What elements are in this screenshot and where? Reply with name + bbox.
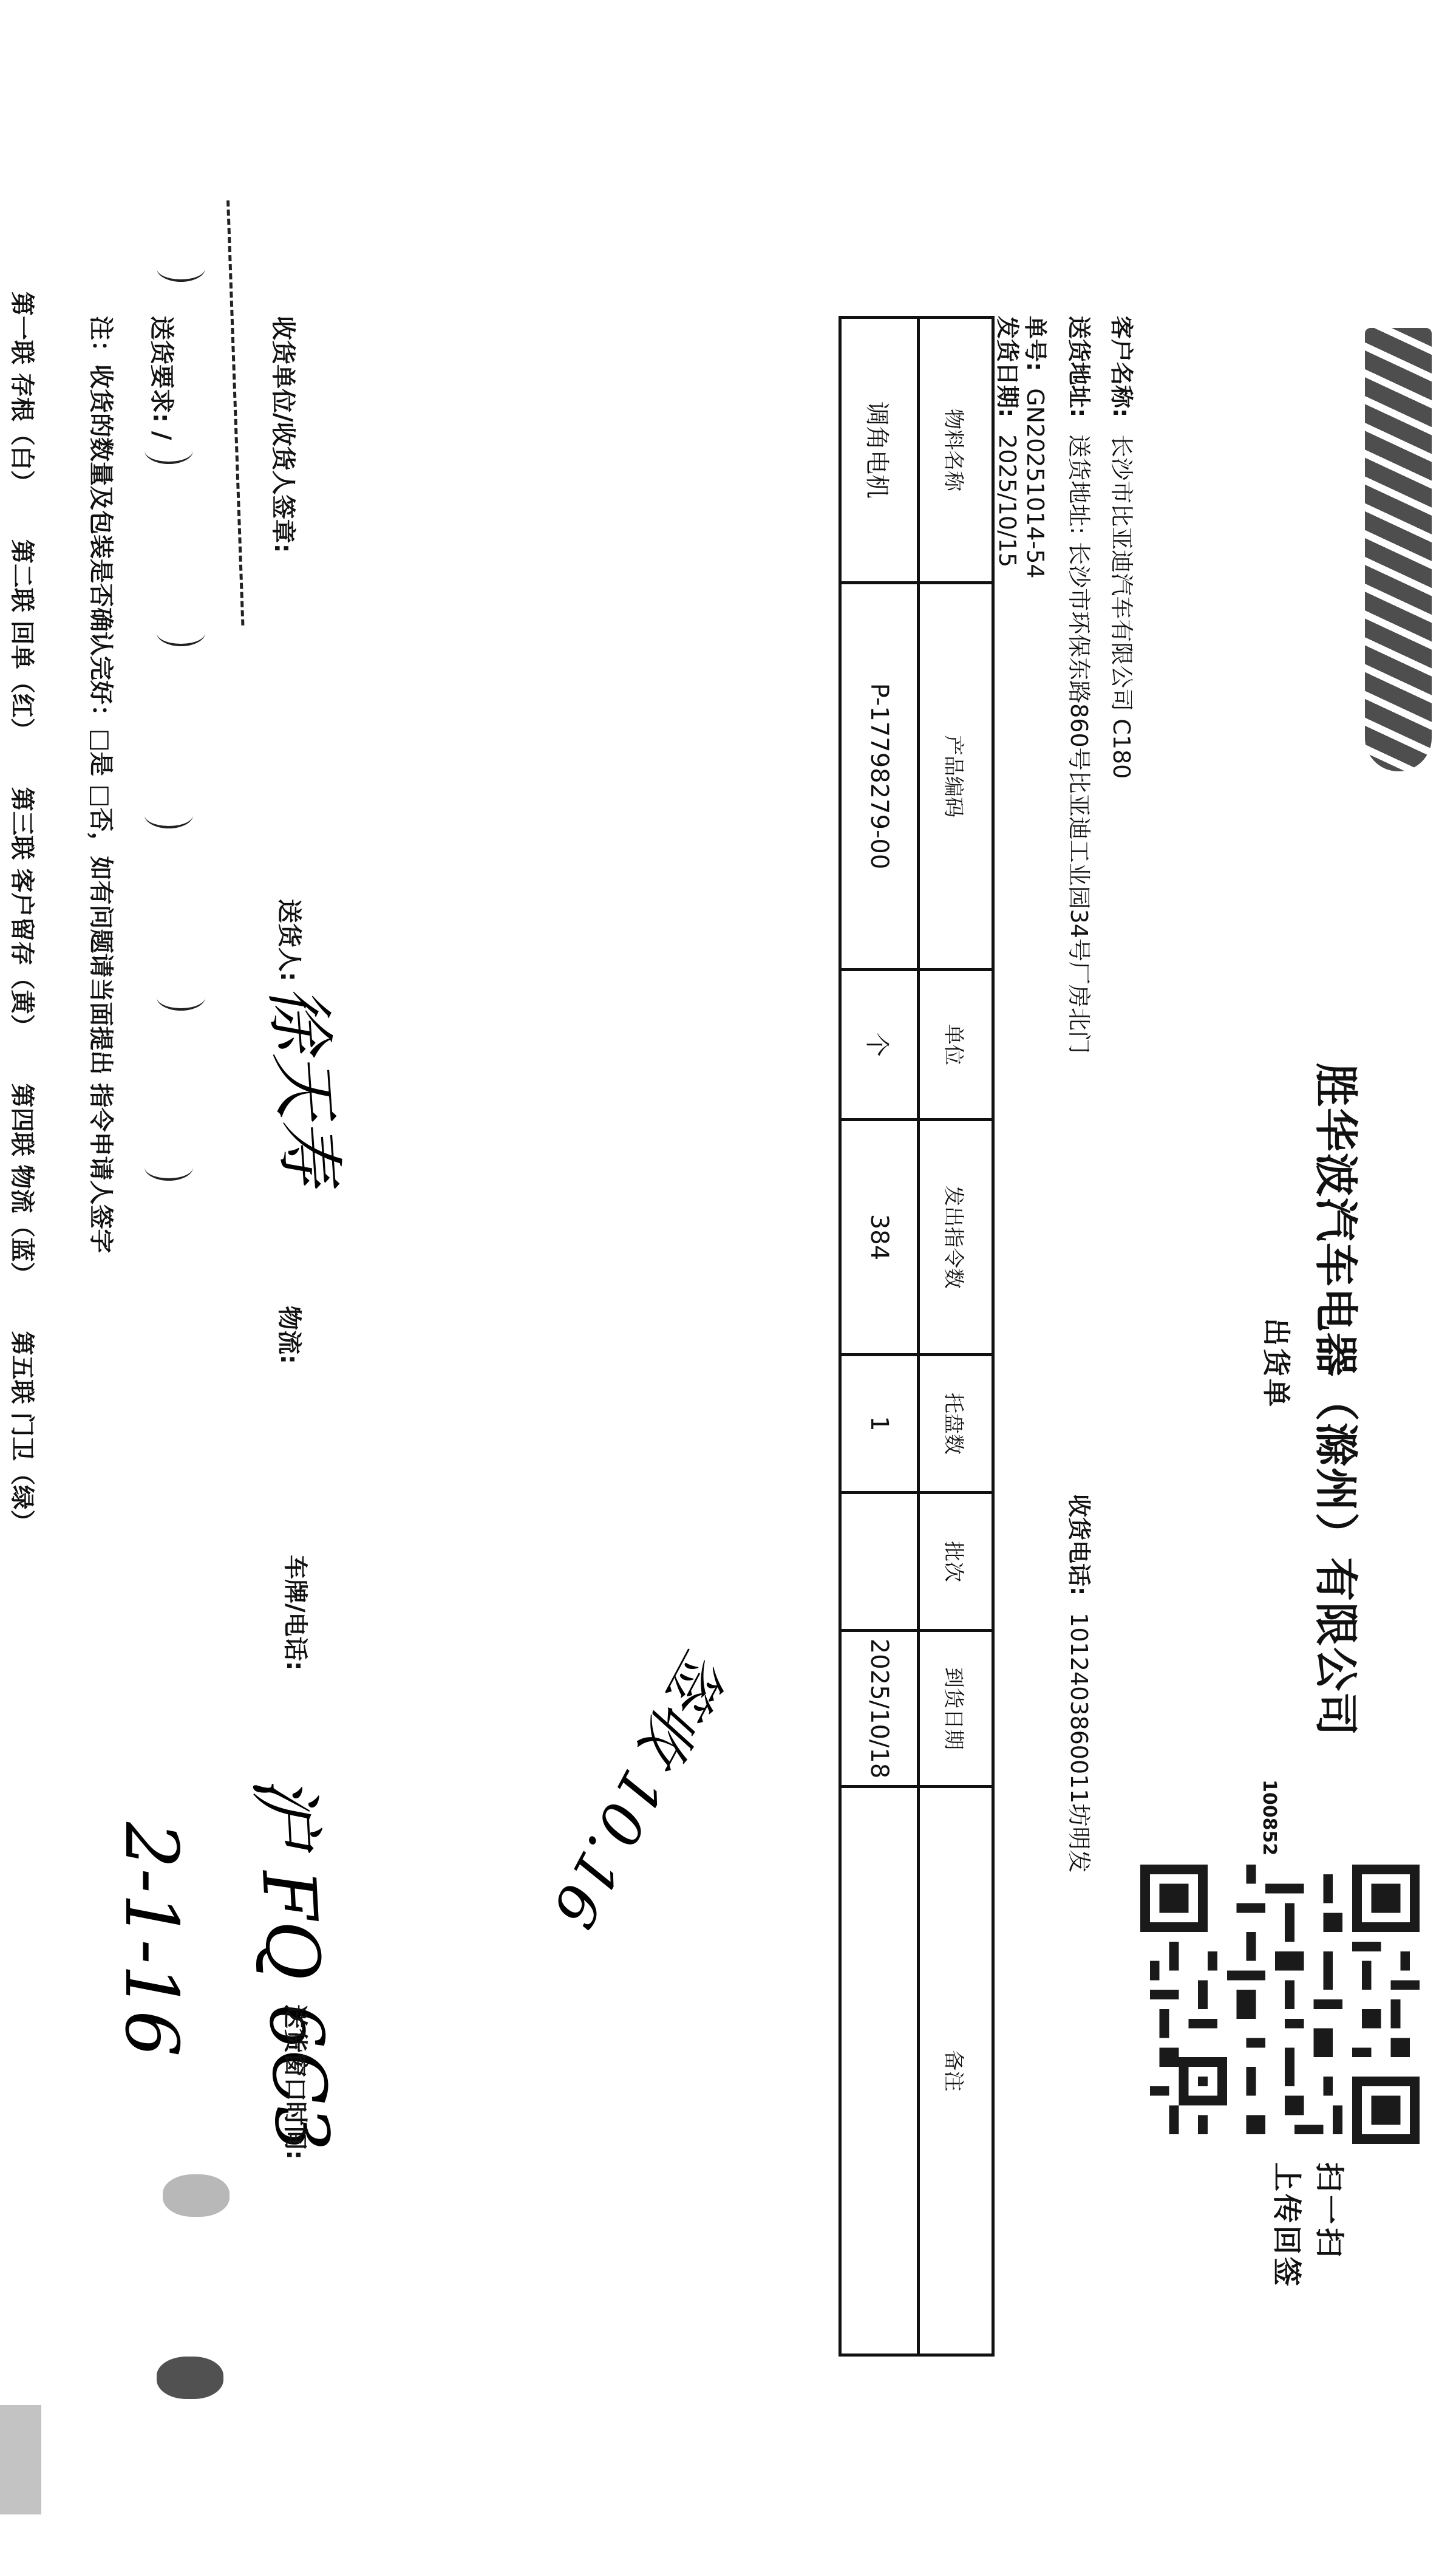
ink-blot	[157, 2357, 223, 2399]
table-header-row: 物料名称 产品编码 单位 发出指令数 托盘数 批次 到货日期 备注	[919, 318, 993, 2355]
delivery-window-handwritten: 2-1-16	[109, 1822, 193, 2057]
customer-field: 客户名称:长沙市比亚迪汽车有限公司 C180	[1107, 316, 1140, 779]
header-product-code: 产品编码	[919, 583, 993, 970]
phone-label: 收货电话:	[1066, 1494, 1092, 1596]
cell-product-code: P-17798279-00	[840, 583, 919, 970]
header-batch: 批次	[919, 1493, 993, 1631]
company-logo	[1365, 328, 1432, 771]
ink-blot	[163, 2174, 230, 2217]
items-table: 物料名称 产品编码 单位 发出指令数 托盘数 批次 到货日期 备注 调角电机 P…	[839, 316, 995, 2357]
cell-order-qty: 384	[840, 1120, 919, 1355]
document-type: 出货单	[1258, 1318, 1298, 1409]
deliverer-signature: 徐天寿	[254, 981, 364, 1187]
customer-label: 客户名称:	[1108, 316, 1135, 417]
copy-1: 第一联 存根（白）	[8, 292, 36, 494]
ship-date-field: 发货日期:2025/10/15	[993, 316, 1026, 567]
header-pallets: 托盘数	[919, 1355, 993, 1493]
ship-date-value: 2025/10/15	[994, 434, 1021, 567]
customer-value: 长沙市比亚迪汽车有限公司 C180	[1108, 434, 1135, 779]
cell-material-name: 调角电机	[840, 318, 919, 583]
delivery-requirements: 送货要求: /	[146, 316, 181, 440]
qr-code-icon[interactable]	[1140, 1846, 1420, 2162]
plate-phone-label: 车牌/电话:	[280, 1555, 315, 1671]
header-remarks: 备注	[919, 1787, 993, 2355]
receipt-signature: 签收 10.16	[536, 1638, 750, 1944]
header-arrival-date: 到货日期	[919, 1631, 993, 1787]
header-order-qty: 发出指令数	[919, 1120, 993, 1355]
cell-batch	[840, 1493, 919, 1631]
address-field: 送货地址:送货地址: 长沙市环保东路860号比亚迪工业园34号厂房北门	[1064, 316, 1098, 1054]
address-value: 送货地址: 长沙市环保东路860号比亚迪工业园34号厂房北门	[1066, 434, 1092, 1054]
table-row: 调角电机 P-17798279-00 个 384 1 2025/10/18	[840, 318, 919, 2355]
ship-date-label: 发货日期:	[994, 316, 1021, 417]
cell-arrival-date: 2025/10/18	[840, 1631, 919, 1787]
copy-distribution: 第一联 存根（白） 第二联 回单（红） 第三联 客户留存（黄） 第四联 物流（蓝…	[7, 292, 41, 1570]
phone-value: 1012403860011坊明发	[1066, 1613, 1092, 1872]
serial-number: 100852	[1259, 1780, 1280, 1855]
copy-3: 第三联 客户留存（黄）	[8, 787, 36, 1039]
qr-caption-scan: 扫一扫	[1311, 2162, 1353, 2261]
qr-caption-upload: 上传回签	[1268, 2162, 1310, 2289]
punch-hole-mark	[145, 802, 193, 828]
cell-remarks	[840, 1787, 919, 2355]
header-material-name: 物料名称	[919, 318, 993, 583]
company-title: 胜华波汽车电器（滁州）有限公司	[1308, 1063, 1371, 1737]
phone-field: 收货电话:1012403860011坊明发	[1064, 1494, 1098, 1873]
punch-hole-mark	[145, 437, 193, 464]
inspection-note: 注：收货的数量及包装是否确认完好：□是 □否，如有问题请当面提出 指令申请人签字	[86, 316, 120, 1253]
logo-mark-icon	[1365, 328, 1432, 771]
logistics-label: 物流:	[274, 1306, 308, 1364]
header-unit: 单位	[919, 970, 993, 1120]
delivery-note-document: 胜华波汽车电器（滁州）有限公司 出货单 100852 客户名称:长沙市比亚迪汽车…	[0, 0, 1456, 2560]
cell-unit: 个	[840, 970, 919, 1120]
receiver-label: 收货单位/收货人签章:	[268, 316, 302, 553]
address-label: 送货地址:	[1066, 316, 1092, 417]
punch-hole-mark	[157, 255, 205, 282]
scan-edge-artifact	[0, 2405, 41, 2514]
deliverer-label: 送货人:	[274, 899, 308, 981]
copy-2: 第二联 回单（红）	[8, 539, 36, 742]
delivery-window-label: 送货窗口时间:	[280, 2004, 315, 2160]
punch-hole-mark	[157, 984, 205, 1011]
copy-4: 第四联 物流（蓝）	[8, 1084, 36, 1286]
punch-hole-mark	[145, 1154, 193, 1181]
punch-hole-mark	[157, 620, 205, 646]
copy-5: 第五联 门卫（绿）	[8, 1331, 36, 1534]
cell-pallets: 1	[840, 1355, 919, 1493]
